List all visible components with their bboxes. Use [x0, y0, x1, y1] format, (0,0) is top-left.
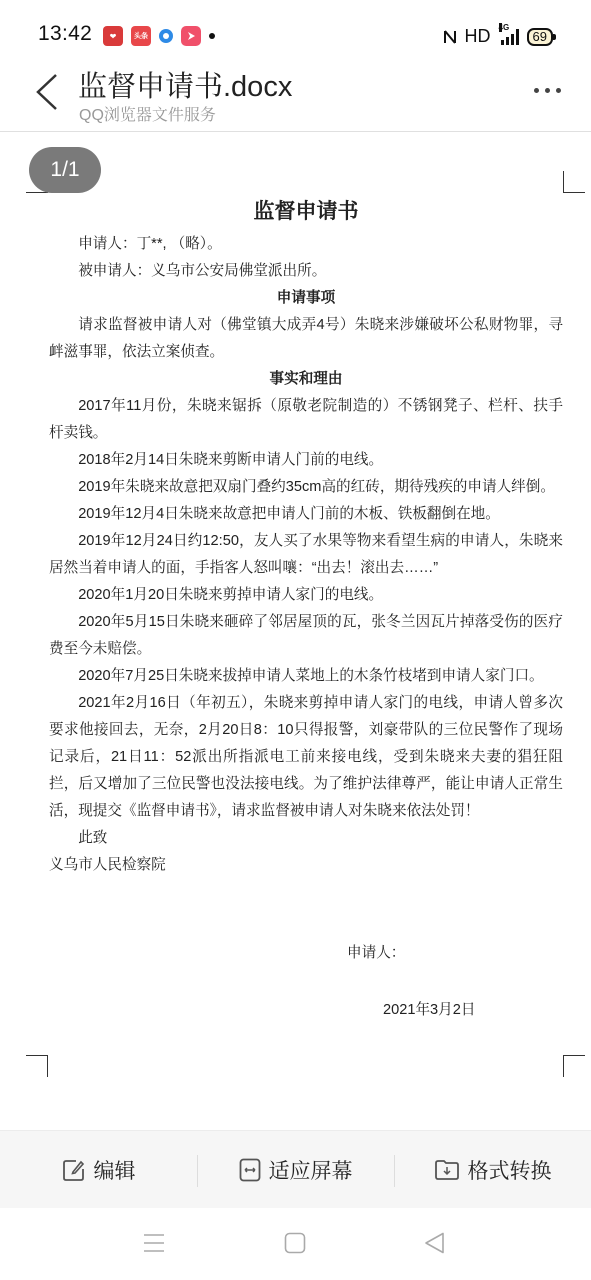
back-arrow-icon [30, 72, 66, 112]
document-source: QQ浏览器文件服务 [79, 102, 216, 125]
doc-heading: 监督申请书 [49, 195, 563, 229]
system-nav-bar [0, 1208, 591, 1280]
edit-icon [62, 1158, 86, 1182]
more-options-button[interactable] [534, 88, 561, 93]
signal-icon: 4G [499, 29, 519, 45]
edit-label: 编辑 [94, 1155, 136, 1185]
section-heading: 事实和理由 [49, 366, 563, 393]
back-triangle-icon [424, 1232, 446, 1254]
recipient-line: 义乌市人民检察院 [49, 852, 563, 879]
fact-paragraph: 2019年12月24日约12:50，友人买了水果等物来看望生病的申请人，朱晓来居… [49, 528, 563, 582]
more-dot-icon [556, 88, 561, 93]
heart-app-icon: ❤ [103, 26, 123, 46]
closing-line: 此致 [49, 825, 563, 852]
back-button[interactable] [30, 72, 66, 112]
battery-icon: 69 [527, 28, 553, 46]
nfc-icon [443, 28, 457, 46]
fact-paragraph: 2018年2月14日朱晓来剪断申请人门前的电线。 [49, 447, 563, 474]
page-corner-mark [563, 1055, 585, 1077]
folder-download-icon [434, 1159, 460, 1181]
request-paragraph: 请求监督被申请人对（佛堂镇大成弄4号）朱晓来涉嫌破坏公私财物罪，寻衅滋事罪，依法… [49, 312, 563, 366]
home-square-icon [284, 1232, 306, 1254]
document-content: 监督申请书 申请人：丁**, （略）。 被申请人：义乌市公安局佛堂派出所。 申请… [49, 195, 563, 879]
fit-screen-label: 适应屏幕 [269, 1155, 353, 1185]
back-nav-button[interactable] [424, 1232, 446, 1259]
fact-paragraph: 2017年11月份，朱晓来锯拆（原敬老院制造的）不锈钢凳子、栏杆、扶手杆卖钱。 [49, 393, 563, 447]
video-play-app-icon [181, 26, 201, 46]
notification-icons: ❤ 头条 [103, 26, 215, 46]
more-notifications-dot [209, 33, 215, 39]
menu-lines-icon [143, 1232, 165, 1254]
fact-paragraph: 2020年7月25日朱晓来拔掉申请人菜地上的木条竹枝堵到申请人家门口。 [49, 663, 563, 690]
page-corner-mark [26, 1055, 48, 1077]
section-heading: 申请事项 [49, 285, 563, 312]
document-title: 监督申请书.docx [78, 64, 292, 105]
page-indicator: 1/1 [29, 147, 101, 193]
format-convert-label: 格式转换 [468, 1155, 552, 1185]
more-dot-icon [545, 88, 550, 93]
status-bar: 13:42 ❤ 头条 HD 4G 69 [0, 0, 591, 66]
fact-paragraph: 2020年5月15日朱晓来砸碎了邻居屋顶的瓦，张冬兰因瓦片掉落受伤的医疗费至今未… [49, 609, 563, 663]
app-header: 监督申请书.docx QQ浏览器文件服务 [0, 60, 591, 132]
respondent-line: 被申请人：义乌市公安局佛堂派出所。 [49, 258, 563, 285]
more-dot-icon [534, 88, 539, 93]
status-time: 13:42 [38, 22, 92, 46]
toutiao-news-icon: 头条 [131, 26, 151, 46]
system-status: HD 4G 69 [443, 26, 553, 47]
network-type: 4G [499, 23, 502, 32]
fact-paragraph: 2020年1月20日朱晓来剪掉申请人家门的电线。 [49, 582, 563, 609]
signature-label: 申请人： [347, 941, 405, 962]
edit-button[interactable]: 编辑 [0, 1131, 197, 1208]
fit-screen-icon [239, 1158, 261, 1182]
fit-screen-button[interactable]: 适应屏幕 [197, 1131, 394, 1208]
home-button[interactable] [284, 1232, 306, 1259]
fact-paragraph: 2019年朱晓来故意把双扇门叠约35cm高的红砖，期待残疾的申请人绊倒。 [49, 474, 563, 501]
fact-paragraph: 2021年2月16日（年初五），朱晓来剪掉申请人家门的电线，申请人曾多次要求他接… [49, 690, 563, 825]
bottom-toolbar: 编辑 适应屏幕 格式转换 [0, 1130, 591, 1208]
document-date: 2021年3月2日 [383, 998, 475, 1019]
hd-indicator: HD [465, 26, 491, 47]
applicant-line: 申请人：丁**, （略）。 [49, 231, 563, 258]
fact-paragraph: 2019年12月4日朱晓来故意把申请人门前的木板、铁板翻倒在地。 [49, 501, 563, 528]
blue-circle-app-icon [159, 29, 173, 43]
recent-apps-button[interactable] [143, 1232, 165, 1259]
page-corner-mark [563, 171, 585, 193]
format-convert-button[interactable]: 格式转换 [394, 1131, 591, 1208]
document-viewer[interactable]: 1/1 监督申请书 申请人：丁**, （略）。 被申请人：义乌市公安局佛堂派出所… [0, 133, 591, 1128]
